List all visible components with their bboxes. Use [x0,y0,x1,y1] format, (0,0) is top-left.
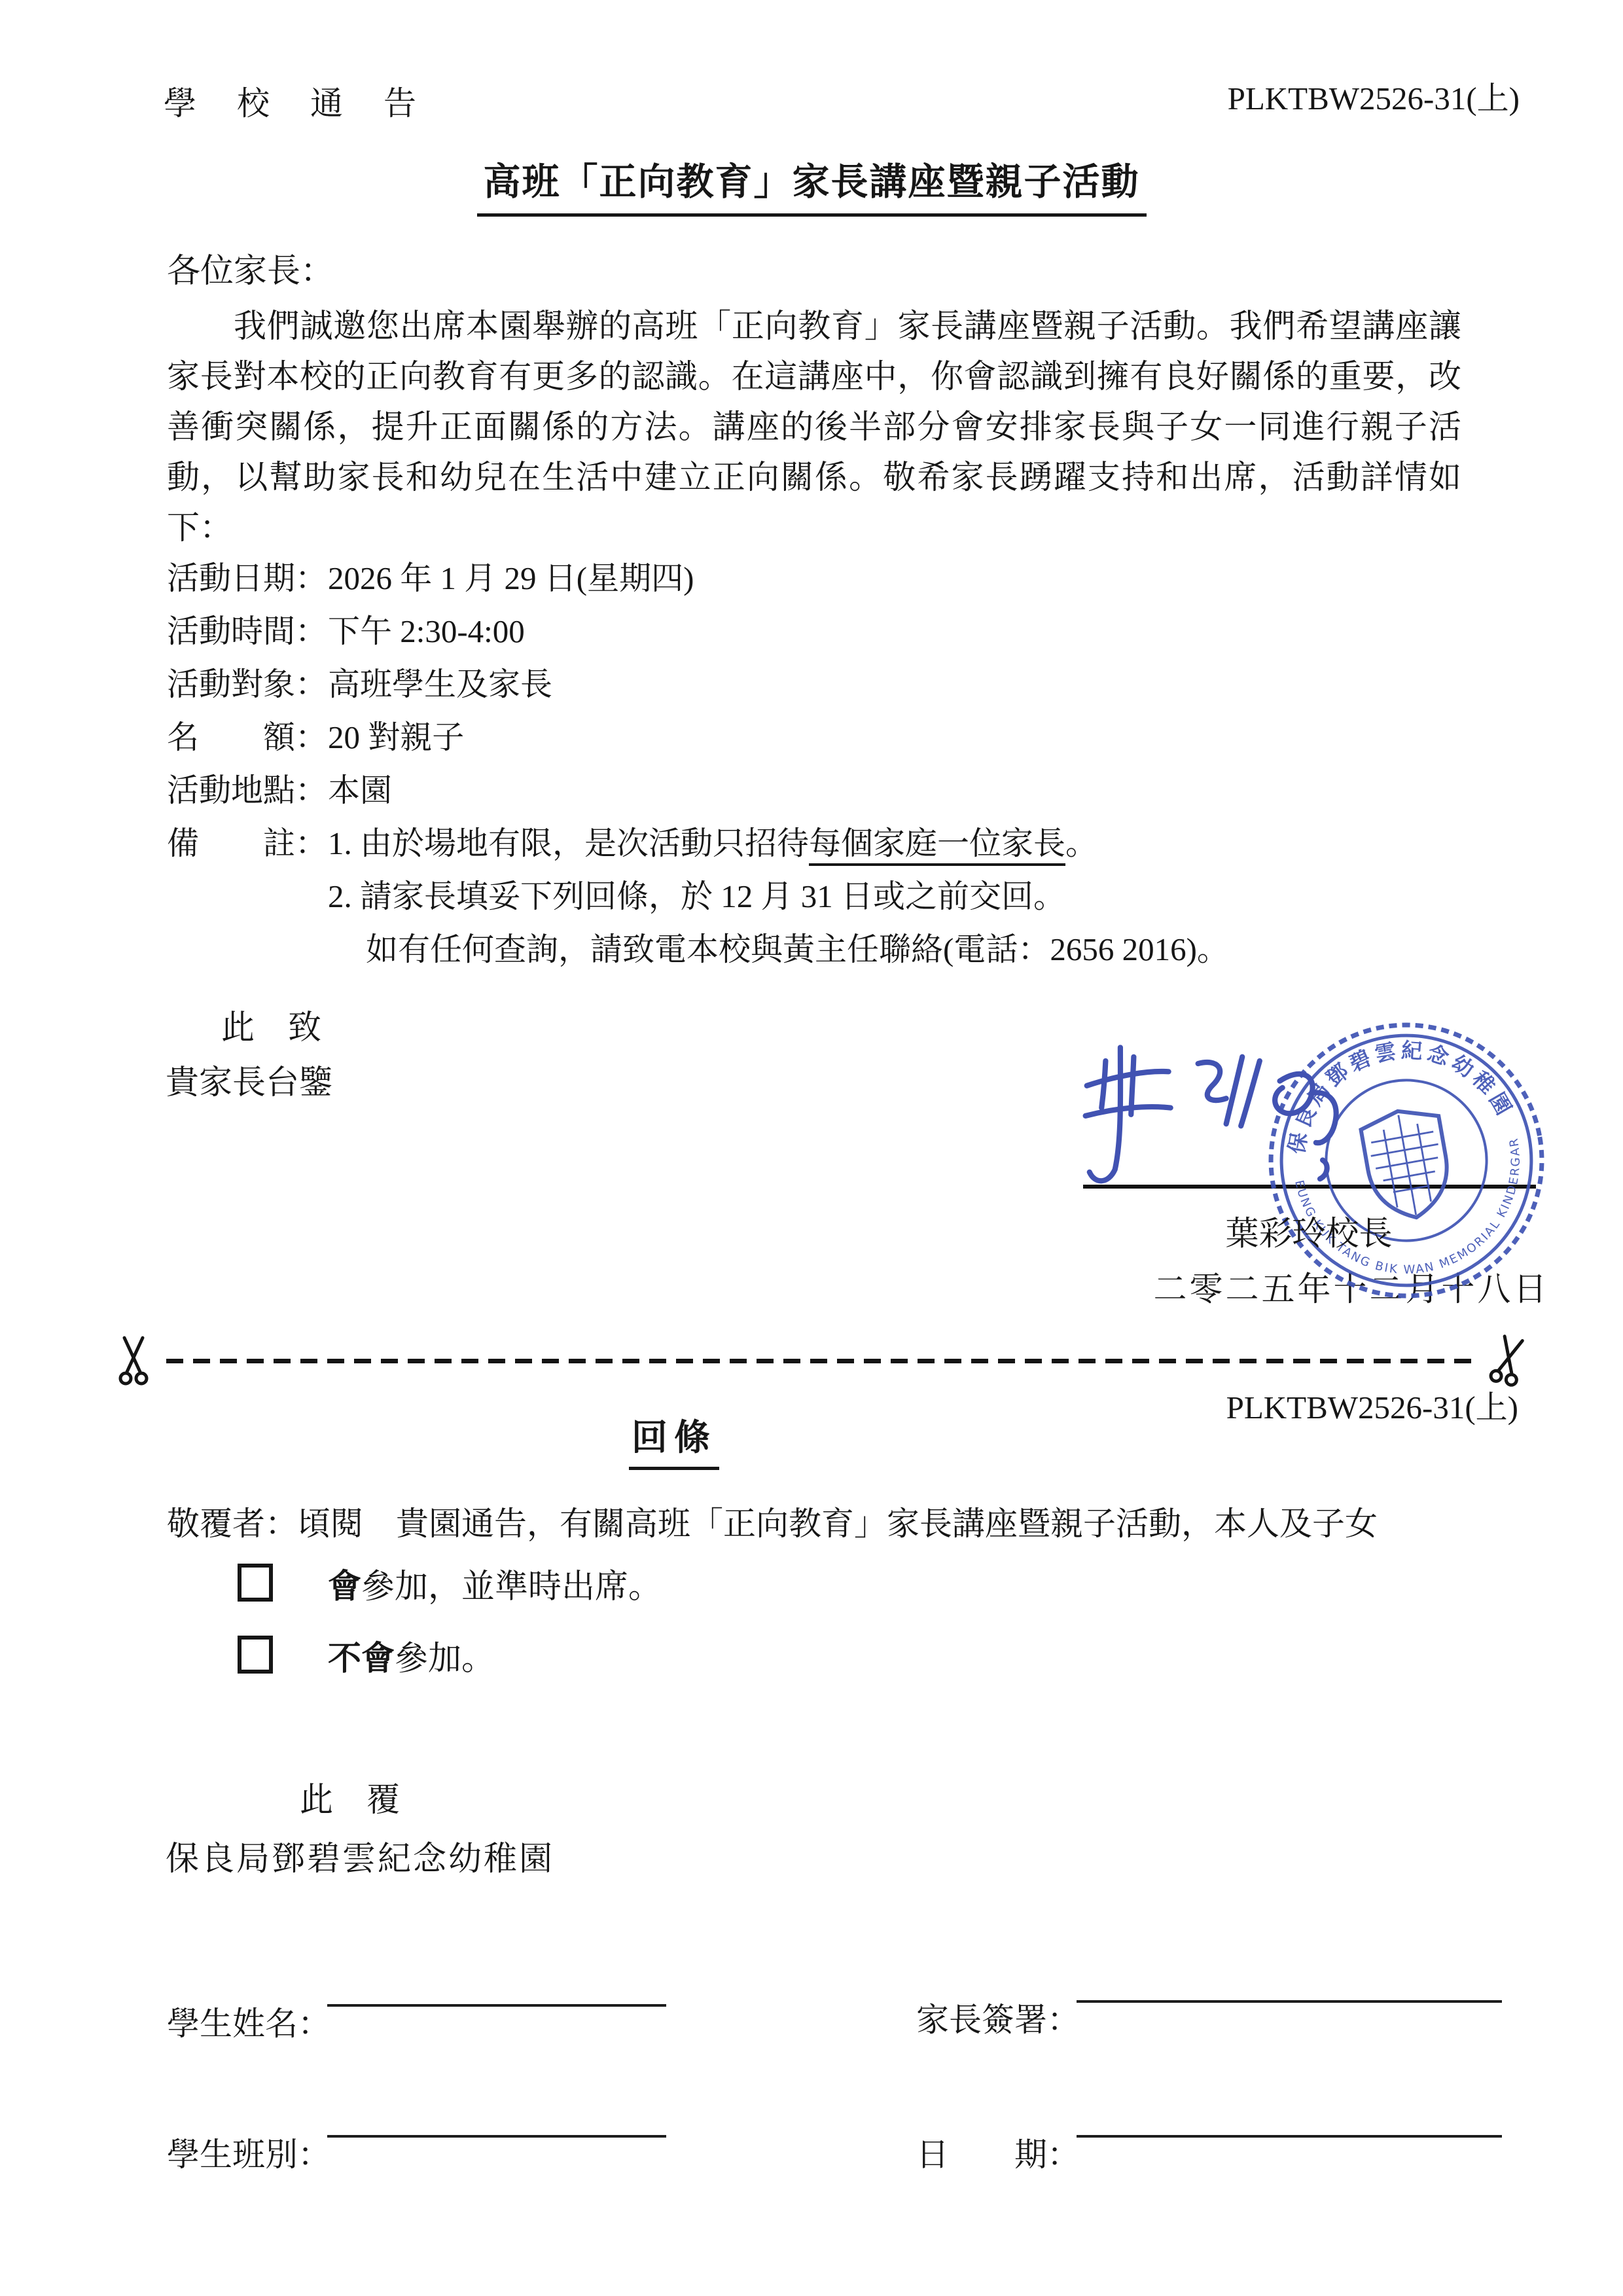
reply-closing: 此 覆 [300,1772,400,1821]
field-label-date: 日 期： [916,2128,1080,2176]
option-will-not-attend: 不會參加。 [238,1631,495,1679]
school-notice-page: 學 校 通 告 PLKTBW2526-31(上) 高班「正向教育」家長講座暨親子… [0,0,1623,2296]
option-will-attend: 會參加，並準時出席。 [238,1559,662,1607]
reply-slip-title: 回條 [629,1408,719,1470]
dashed-cut-rule [166,1359,1475,1363]
notice-title: 高班「正向教育」家長講座暨親子活動 [477,152,1147,217]
field-label-student-name: 學生姓名： [167,1998,330,2045]
remark-row-1: 備 註：1. 由於場地有限，是次活動只招待每個家庭一位家長。 [167,817,1508,870]
school-name: 保良局鄧碧雲紀念幼稚園 [166,1831,554,1880]
remark-row-3: 如有任何查詢，請致電本校與黃主任聯絡(電話：2656 2016)。 [167,923,1508,976]
underlined-phrase: 每個家庭一位家長 [809,825,1065,866]
field-label-parent-signature: 家長簽署： [916,1994,1080,2041]
remark-row-2: 2. 請家長填妥下列回條，於 12 月 31 日或之前交回。 [167,870,1508,923]
principal-name: 葉彩玲校長 [1139,1206,1479,1255]
activity-details: 活動日期：2026 年 1 月 29 日(星期四) 活動時間：下午 2:30-4… [167,552,1508,976]
intro-paragraph: 我們誠邀您出席本園舉辦的高班「正向教育」家長講座暨親子活動。我們希望講座讓家長對… [167,301,1461,553]
blank-date [1077,2096,1502,2138]
reference-number: PLKTBW2526-31(上) [1228,73,1520,119]
detail-row-venue: 活動地點：本園 [167,764,1508,817]
detail-row-target: 活動對象：高班學生及家長 [167,658,1508,711]
field-label-student-class: 學生班別： [167,2128,330,2176]
blank-parent-signature [1077,1961,1502,2003]
blank-student-class [327,2096,666,2138]
reply-title-row: 回條 [0,1408,1348,1470]
detail-row-quota: 名 額：20 對親子 [167,711,1508,764]
principal-signature [1067,1028,1348,1211]
detail-row-time: 活動時間：下午 2:30-4:00 [167,605,1508,658]
detail-row-date: 活動日期：2026 年 1 月 29 日(星期四) [167,552,1508,605]
scissors-icon [116,1334,151,1389]
checkbox-will-not-attend [238,1636,273,1674]
checkbox-will-attend [238,1564,273,1602]
closing-line-2: 貴家長台鑒 [166,1055,332,1103]
salutation: 各位家長： [167,243,334,292]
closing-line-1: 此 致 [221,1000,321,1049]
title-row: 高班「正向教育」家長講座暨親子活動 [0,152,1623,217]
blank-student-name [327,1965,666,2007]
document-type-label: 學 校 通 告 [164,77,420,124]
reply-intro: 敬覆者：頃閱 貴園通告，有關高班「正向教育」家長講座暨親子活動，本人及子女 [167,1498,1495,1545]
